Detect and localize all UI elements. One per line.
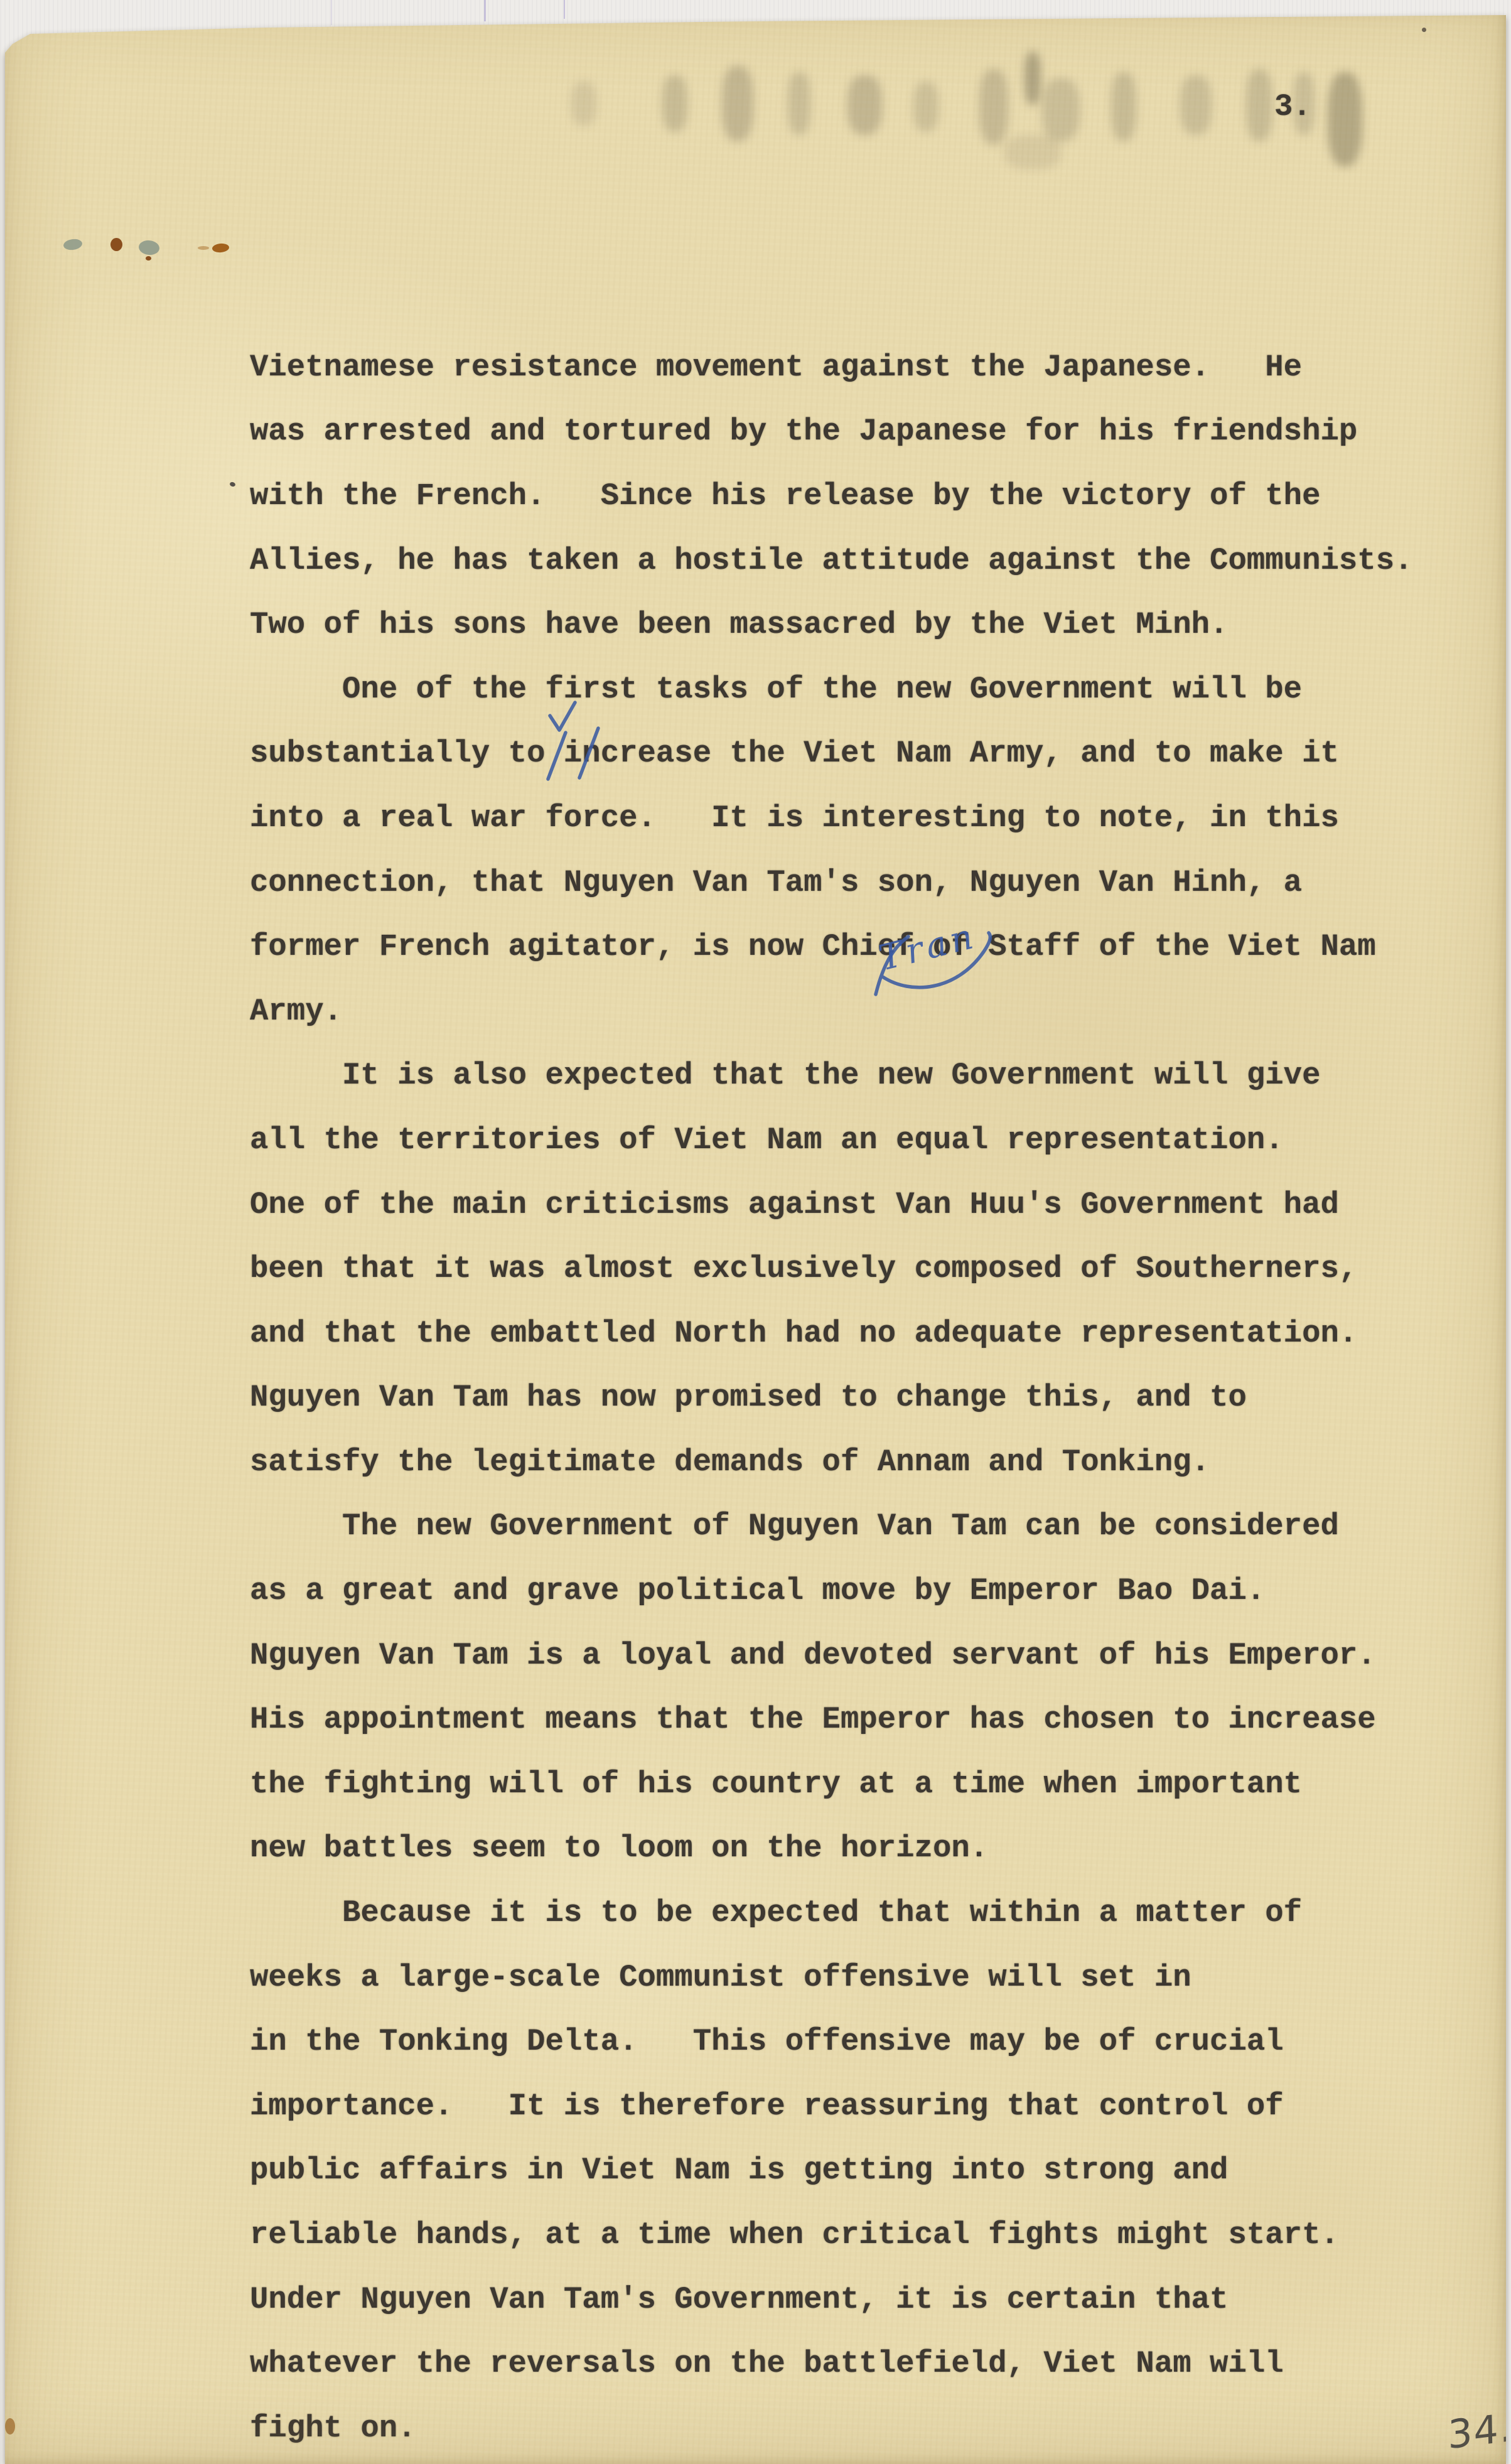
typed-line: The new Government of Nguyen Van Tam can… xyxy=(250,1494,1413,1559)
paper-spot xyxy=(63,238,83,251)
typed-line: fight on. xyxy=(250,2396,1413,2461)
paper-spot xyxy=(229,482,236,488)
paper-spot xyxy=(198,246,209,250)
typed-line: It is also expected that the new Governm… xyxy=(250,1043,1413,1108)
typed-line: One of the first tasks of the new Govern… xyxy=(250,657,1413,722)
typed-line: Two of his sons have been massacred by t… xyxy=(250,593,1413,657)
typed-line: Allies, he has taken a hostile attitude … xyxy=(250,529,1413,593)
typed-line: as a great and grave political move by E… xyxy=(250,1559,1413,1623)
paper-spot xyxy=(5,2418,15,2434)
typed-line: satisfy the legitimate demands of Annam … xyxy=(250,1430,1413,1495)
typed-line: reliable hands, at a time when critical … xyxy=(250,2203,1413,2268)
typed-line: connection, that Nguyen Van Tam's son, N… xyxy=(250,851,1413,915)
paper-spot xyxy=(110,238,122,251)
paper-spot xyxy=(146,256,151,261)
pencil-page-number: 34. xyxy=(1448,2404,1511,2458)
typed-line: substantially to increase the Viet Nam A… xyxy=(250,721,1413,786)
paper-spot xyxy=(212,243,229,253)
typed-line: and that the embattled North had no adeq… xyxy=(250,1301,1413,1366)
paper-surface: 3. Vietnamese resistance movement agains… xyxy=(0,0,1511,2464)
page-number: 3. xyxy=(1274,88,1311,126)
typed-line: all the territories of Viet Nam an equal… xyxy=(250,1108,1413,1173)
typed-line: the fighting will of his country at a ti… xyxy=(250,1752,1413,1817)
scanned-document-page: { "document": { "page_number": "3.", "ar… xyxy=(0,0,1511,2464)
typed-line: His appointment means that the Emperor h… xyxy=(250,1687,1413,1752)
paper-sheet: 3. Vietnamese resistance movement agains… xyxy=(0,0,1511,2464)
typed-line: Army. xyxy=(250,979,1413,1044)
typed-line: whatever the reversals on the battlefiel… xyxy=(250,2332,1413,2396)
typed-line: was arrested and tortured by the Japanes… xyxy=(250,399,1413,464)
typed-line: One of the main criticisms against Van H… xyxy=(250,1173,1413,1237)
typed-line: Under Nguyen Van Tam's Government, it is… xyxy=(250,2268,1413,2332)
typed-line: been that it was almost exclusively comp… xyxy=(250,1237,1413,1301)
typed-line: into a real war force. It is interesting… xyxy=(250,786,1413,851)
typed-line: Because it is to be expected that within… xyxy=(250,1881,1413,1945)
typed-line: in the Tonking Delta. This offensive may… xyxy=(250,2009,1413,2074)
typed-line: with the French. Since his release by th… xyxy=(250,464,1413,529)
typed-line: new battles seem to loom on the horizon. xyxy=(250,1816,1413,1881)
typed-text: Vietnamese resistance movement against t… xyxy=(250,142,1413,2460)
typed-line: public affairs in Viet Nam is getting in… xyxy=(250,2138,1413,2203)
typed-line: importance. It is therefore reassuring t… xyxy=(250,2074,1413,2139)
typed-line: weeks a large-scale Communist offensive … xyxy=(250,1945,1413,2010)
typed-line: Nguyen Van Tam is a loyal and devoted se… xyxy=(250,1623,1413,1688)
typed-line: Nguyen Van Tam has now promised to chang… xyxy=(250,1365,1413,1430)
paper-spot xyxy=(1422,28,1426,32)
typed-line: former French agitator, is now Chief of … xyxy=(250,915,1413,979)
typed-line: Vietnamese resistance movement against t… xyxy=(250,335,1413,400)
paper-spot xyxy=(138,239,160,256)
